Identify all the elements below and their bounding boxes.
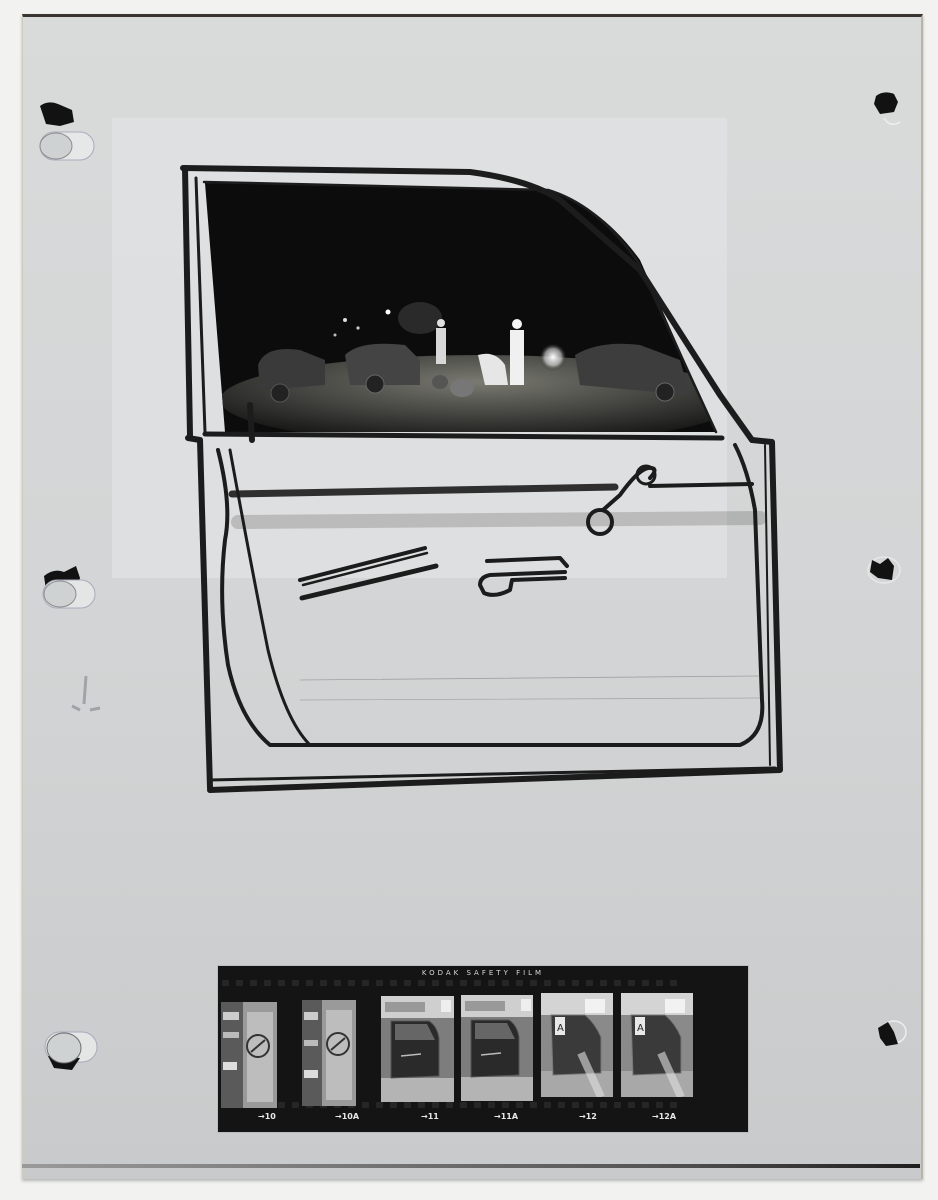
hole-punch-right-top [870,88,906,134]
frame-label-10a: →10A [335,1112,359,1121]
pencil-mark [66,672,106,722]
frame-label-12a: →12A [652,1112,676,1121]
frame-label-11a: →11A [494,1112,518,1121]
frame-label-10: →10 [258,1112,276,1121]
film-frame-12: A [541,993,613,1097]
film-frame-10a [302,1000,356,1106]
hole-punch-left-top [36,98,98,168]
top-sprocket-holes [222,980,744,988]
frame-label-11: →11 [421,1112,439,1121]
film-frame-11a [461,995,533,1101]
scanned-page-stage: KODAK SAFETY FILM [0,0,938,1200]
window-frame-outer [183,168,752,440]
film-strip: KODAK SAFETY FILM [218,966,748,1132]
svg-text:A: A [637,1023,644,1034]
hole-punch-left-bottom [42,1028,102,1078]
hole-punch-right-bottom [874,1018,910,1052]
film-brand-text: KODAK SAFETY FILM [218,969,748,977]
film-frame-12a: A [621,993,693,1097]
svg-text:A: A [557,1023,564,1034]
bottom-sprocket-holes [222,1102,744,1110]
hole-punch-right-middle [864,554,904,588]
frame-label-12: →12 [579,1112,597,1121]
film-frame-11 [381,996,454,1102]
film-frame-10 [221,1002,277,1108]
hole-punch-left-middle [40,562,100,617]
